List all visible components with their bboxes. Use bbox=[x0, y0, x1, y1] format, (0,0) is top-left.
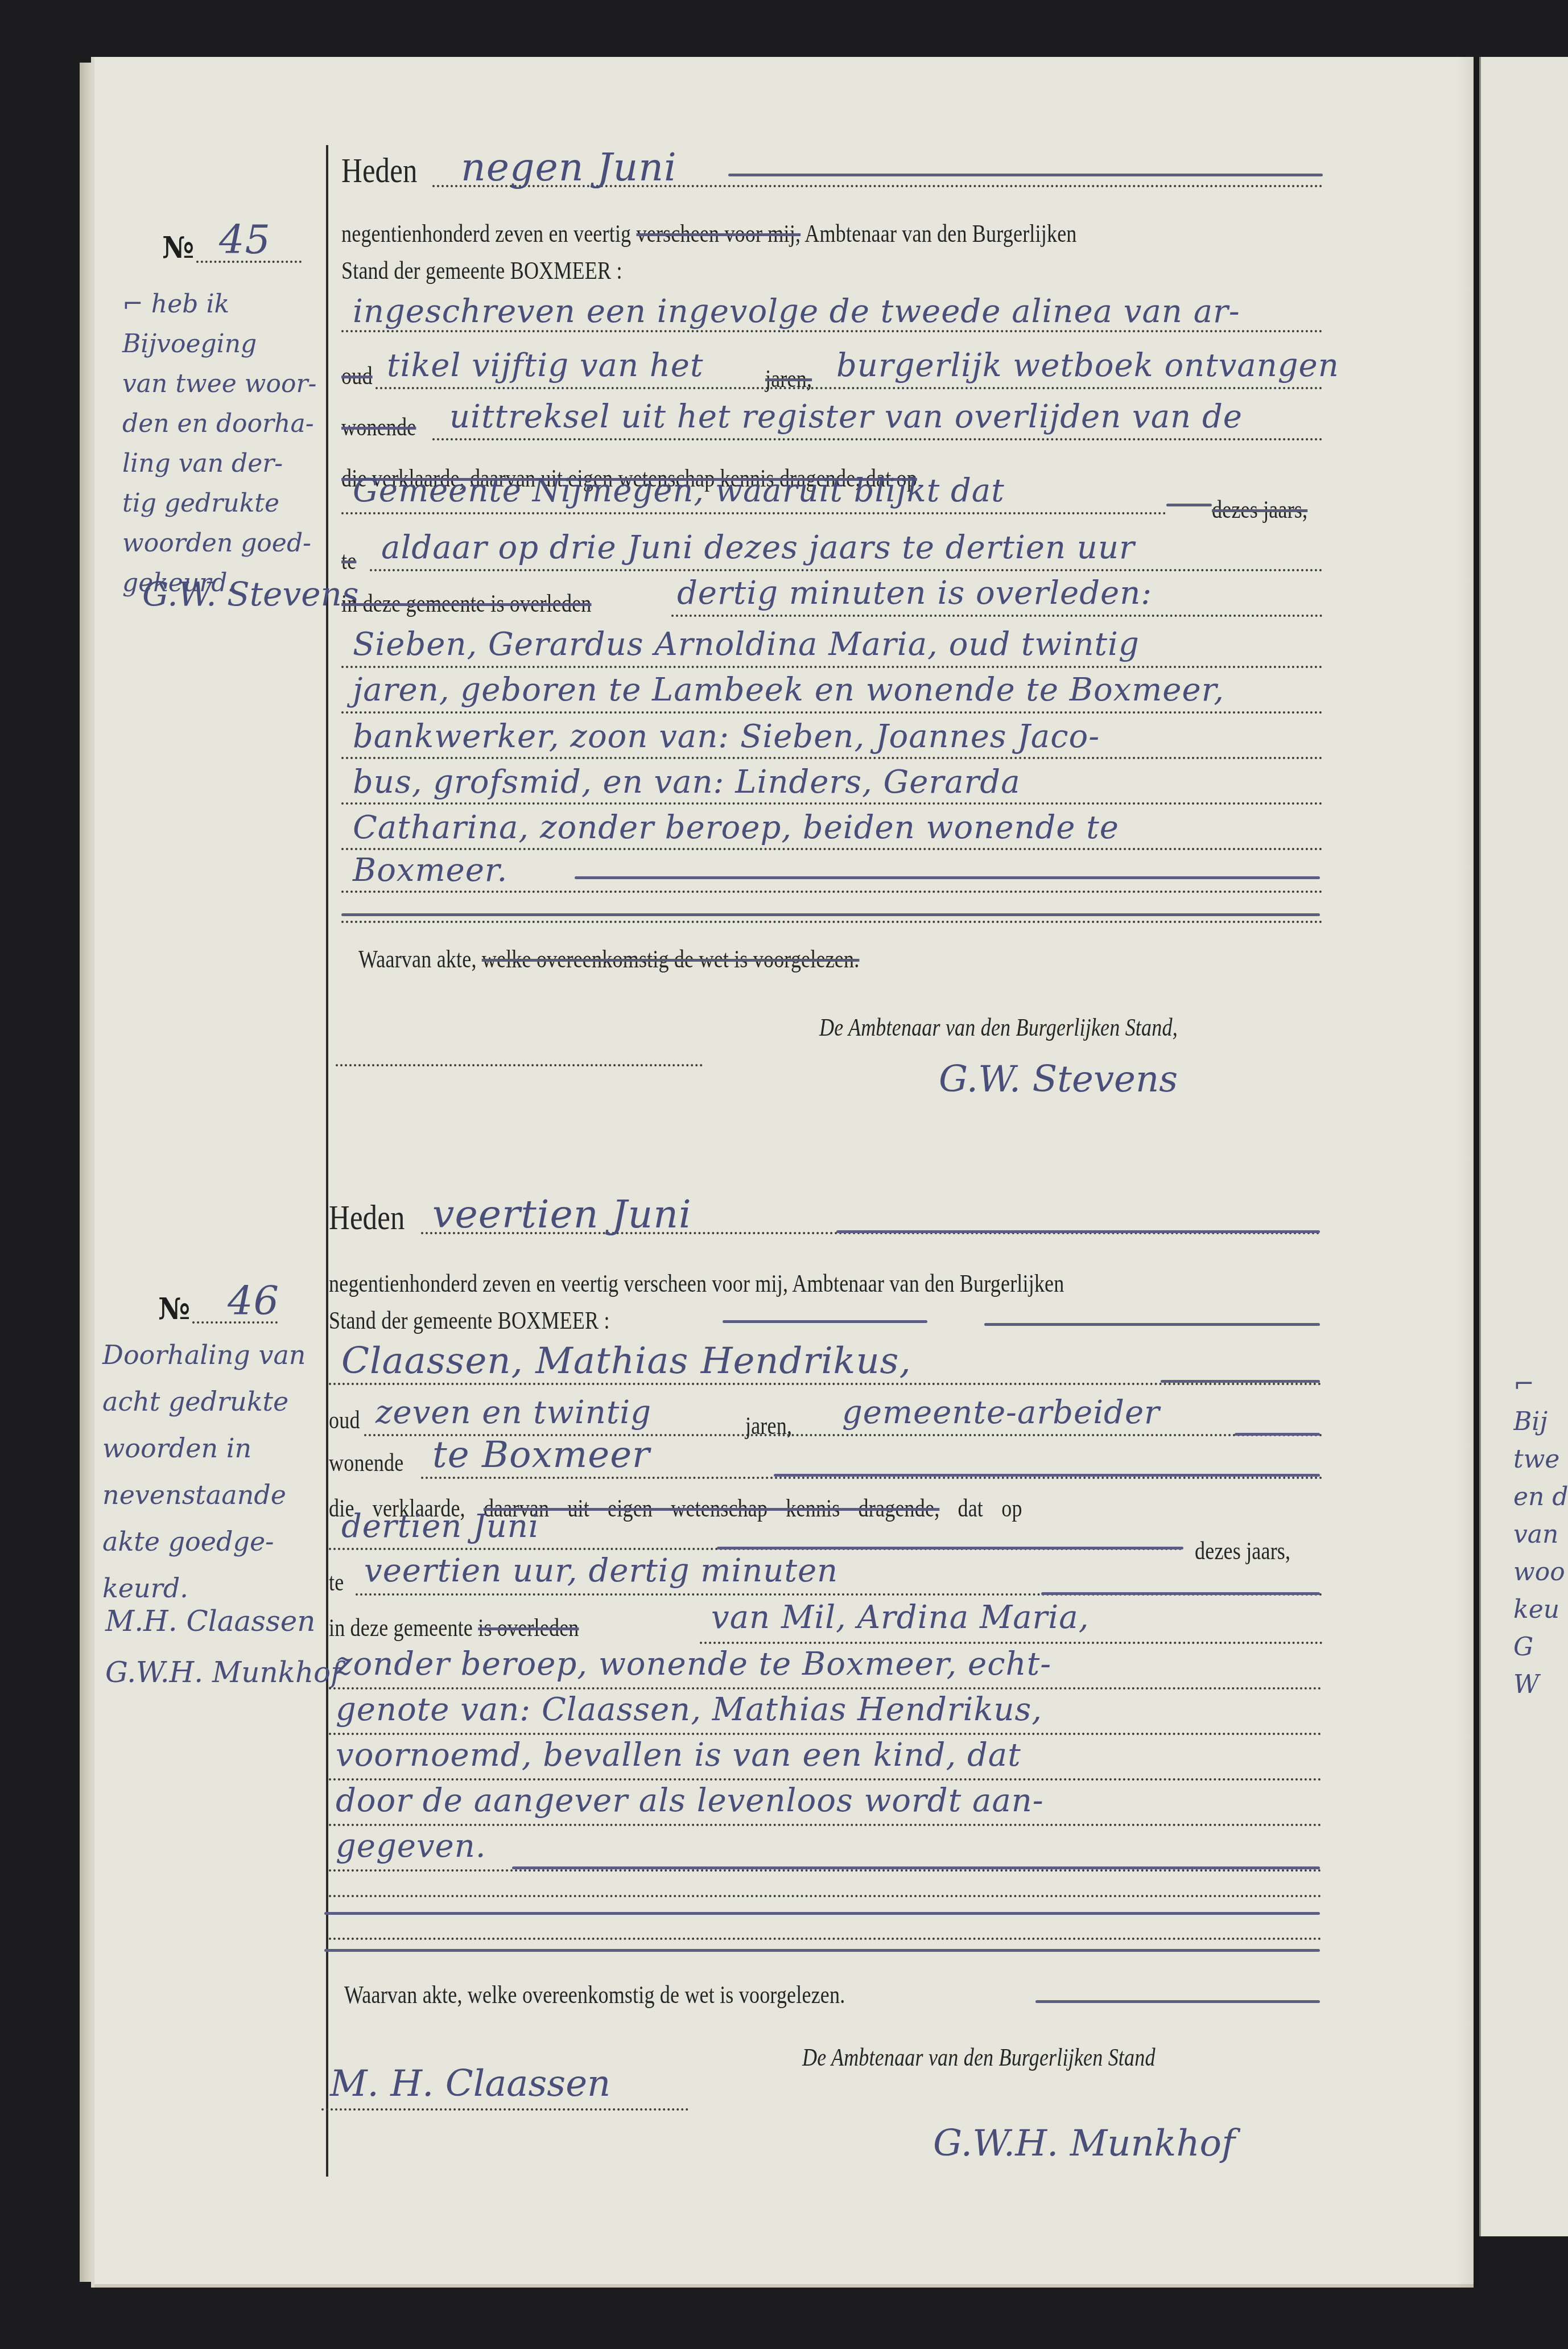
hand-line: burgerlijk wetboek ontvangen bbox=[836, 347, 1339, 384]
hand-line: Claassen, Mathias Hendrikus, bbox=[341, 1340, 911, 1382]
dotline bbox=[329, 1383, 1322, 1385]
declarant-signature-line bbox=[321, 2108, 688, 2111]
dotline bbox=[341, 891, 1323, 893]
fill-stroke bbox=[341, 913, 1320, 916]
hand-line: dertig minuten is overleden: bbox=[677, 575, 1152, 612]
struck-text: welke overeenkomstig de wet is voorgelez… bbox=[482, 945, 860, 973]
fill-stroke bbox=[324, 1949, 1320, 1952]
fill-stroke bbox=[512, 1866, 1320, 1869]
waarvan-line: Waarvan akte, welke overeenkomstig de we… bbox=[344, 1980, 845, 2009]
dotline bbox=[341, 711, 1323, 714]
record-number-label: № bbox=[162, 230, 195, 265]
hand-line: bus, grofsmid, en van: Linders, Gerarda bbox=[353, 764, 1021, 801]
dotline bbox=[329, 1733, 1322, 1735]
date-handwritten: negen Juni bbox=[461, 145, 677, 190]
hand-line: bankwerker, zoon van: Sieben, Joannes Ja… bbox=[353, 718, 1100, 755]
hand-line: van Mil, Ardina Maria, bbox=[711, 1599, 1089, 1636]
dotline bbox=[421, 1477, 1323, 1479]
hand-line: Boxmeer. bbox=[353, 852, 507, 889]
hand-line: dertien Juni bbox=[341, 1508, 539, 1545]
hand-line: voornoemd, bevallen is van een kind, dat bbox=[336, 1737, 1021, 1774]
struck-text: verscheen voor mij, bbox=[636, 220, 800, 248]
ambtenaar-label: De Ambtenaar van den Burgerlijken Stand, bbox=[819, 1013, 1178, 1042]
record-line-2: negentienhonderd zeven en veertig versch… bbox=[341, 219, 1077, 248]
dotline bbox=[700, 1642, 1323, 1644]
hand-line: door de aangever als levenloos wordt aan… bbox=[336, 1782, 1044, 1819]
print-text: negentienhonderd zeven en veertig bbox=[341, 220, 631, 248]
record-number: 45 bbox=[219, 216, 271, 263]
waarvan-line: Waarvan akte, welke overeenkomstig de we… bbox=[358, 945, 859, 974]
record-number: 46 bbox=[228, 1277, 279, 1324]
fill-stroke bbox=[1035, 2000, 1320, 2003]
dotline bbox=[671, 615, 1323, 617]
hand-line: gegeven. bbox=[336, 1828, 486, 1865]
age-handwritten: zeven en twintig bbox=[376, 1394, 651, 1431]
record-line-3: Stand der gemeente BOXMEER : bbox=[329, 1306, 610, 1335]
print-text: Ambtenaar van den Burgerlijken bbox=[804, 220, 1076, 248]
jaren-label: jaren, bbox=[745, 1411, 792, 1440]
dotline bbox=[329, 1895, 1322, 1897]
official-signature: G.W.H. Munkhof bbox=[933, 2123, 1235, 2165]
hand-line: Gemeente Nijmegen, waaruit blijkt dat bbox=[353, 472, 1005, 509]
hand-line: genote van: Claassen, Mathias Hendrikus, bbox=[336, 1691, 1042, 1728]
dotline bbox=[329, 1824, 1322, 1826]
fill-stroke bbox=[728, 174, 1323, 176]
dotline bbox=[329, 1778, 1322, 1781]
dotline bbox=[329, 1938, 1322, 1940]
fill-stroke bbox=[1235, 1433, 1320, 1436]
overleden-label: in deze gemeente is overleden bbox=[341, 589, 592, 618]
residence-handwritten: te Boxmeer bbox=[432, 1434, 650, 1476]
margin-note: Doorhaling van acht gedrukte woorden in … bbox=[102, 1332, 306, 1612]
declarant-signature-line bbox=[336, 1064, 703, 1066]
dotline bbox=[341, 666, 1323, 668]
record-number-label: № bbox=[158, 1292, 191, 1326]
print-text: dat op bbox=[958, 1494, 1022, 1522]
te-label: te bbox=[341, 546, 356, 575]
fill-stroke bbox=[836, 1230, 1320, 1233]
occupation-handwritten: gemeente-arbeider bbox=[842, 1394, 1160, 1431]
fill-stroke bbox=[984, 1323, 1320, 1326]
hand-line: veertien uur, dertig minuten bbox=[364, 1552, 838, 1589]
wonende-label: wonende bbox=[341, 413, 416, 442]
jaren-label: jaren, bbox=[765, 364, 812, 393]
date-handwritten: veertien Juni bbox=[432, 1192, 692, 1237]
oud-label: oud bbox=[341, 361, 373, 390]
adjacent-page-margin-note: ⌐ Bij twe en d van woo keu G W bbox=[1513, 1366, 1568, 1704]
struck-text: daarvan uit eigen wetenschap kennis drag… bbox=[484, 1494, 939, 1522]
ambtenaar-label: De Ambtenaar van den Burgerlijken Stand bbox=[802, 2043, 1156, 2072]
heden-label: Heden bbox=[329, 1198, 405, 1238]
dotline bbox=[341, 848, 1323, 850]
margin-note: ⌐ heb ik Bijvoeging van twee woor- den e… bbox=[122, 285, 316, 603]
oud-label: oud bbox=[329, 1406, 360, 1435]
dotline bbox=[341, 802, 1323, 805]
hand-line: Sieben, Gerardus Arnoldina Maria, oud tw… bbox=[353, 626, 1140, 663]
dezes-jaars-label: dezes jaars, bbox=[1212, 495, 1307, 524]
record-line-2: negentienhonderd zeven en veertig versch… bbox=[329, 1269, 1064, 1298]
print-text: in deze gemeente bbox=[329, 1614, 473, 1642]
adjacent-page bbox=[1479, 57, 1568, 2236]
heden-label: Heden bbox=[341, 151, 418, 191]
dotline bbox=[341, 330, 1323, 332]
dotline bbox=[376, 387, 1323, 389]
fill-stroke bbox=[1161, 1380, 1320, 1383]
hand-line: Catharina, zonder beroep, beiden wonende… bbox=[353, 809, 1119, 846]
dotline bbox=[329, 1687, 1322, 1689]
hand-line: aldaar op drie Juni dezes jaars te derti… bbox=[381, 529, 1135, 566]
declarant-signature: M. H. Claassen bbox=[330, 2063, 610, 2105]
hand-line: jaren, geboren te Lambeek en wonende te … bbox=[353, 671, 1224, 708]
official-signature: G.W. Stevens bbox=[939, 1058, 1178, 1101]
fill-stroke bbox=[774, 1474, 1320, 1477]
dotline bbox=[341, 512, 1166, 514]
fill-stroke bbox=[575, 876, 1320, 879]
dezes-jaars-label: dezes jaars, bbox=[1195, 1536, 1290, 1565]
fill-stroke bbox=[717, 1547, 1183, 1549]
print-text: Waarvan akte, bbox=[358, 945, 477, 973]
fill-stroke bbox=[723, 1320, 927, 1323]
margin-signature: G.W. Stevens bbox=[142, 575, 359, 613]
dotline bbox=[341, 757, 1323, 759]
struck-text: is overleden bbox=[478, 1614, 579, 1642]
page-stack-edge bbox=[80, 63, 92, 2282]
fill-stroke bbox=[1041, 1592, 1320, 1595]
te-label: te bbox=[329, 1568, 344, 1597]
hand-line: tikel vijftig van het bbox=[387, 347, 704, 384]
dotline bbox=[370, 569, 1323, 571]
hand-line: ingeschreven een ingevolge de tweede ali… bbox=[353, 293, 1240, 330]
margin-signature-declarant: M.H. Claassen bbox=[105, 1605, 315, 1638]
margin-signature-official: G.W.H. Munkhof bbox=[105, 1656, 341, 1689]
dotline bbox=[329, 1869, 1322, 1872]
dotline bbox=[432, 438, 1323, 440]
fill-stroke bbox=[324, 1912, 1320, 1915]
gutter-shadow bbox=[1456, 57, 1479, 2288]
overleden-line: in deze gemeente is overleden bbox=[329, 1613, 579, 1642]
dotline bbox=[341, 921, 1323, 923]
hand-line: uittreksel uit het register van overlijd… bbox=[449, 398, 1243, 435]
wonende-label: wonende bbox=[329, 1448, 403, 1477]
hand-line: zonder beroep, wonende te Boxmeer, echt- bbox=[336, 1646, 1051, 1683]
record-line-3: Stand der gemeente BOXMEER : bbox=[341, 256, 622, 285]
margin-rule bbox=[326, 145, 328, 2177]
fill-stroke bbox=[1166, 504, 1212, 506]
